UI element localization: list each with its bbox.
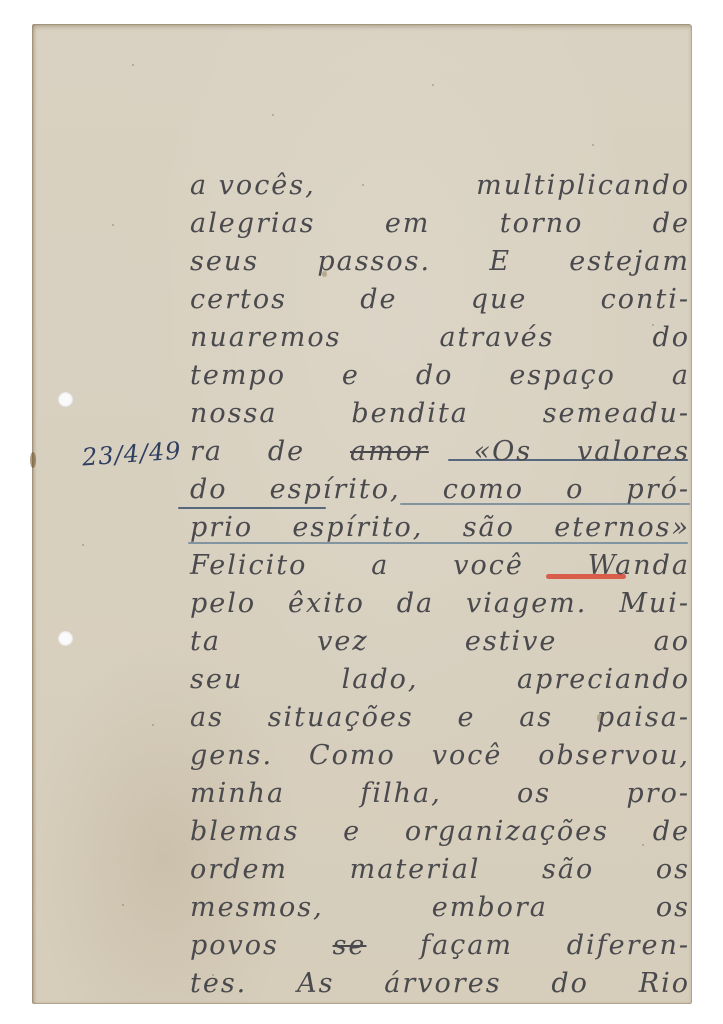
- word: vez: [317, 626, 368, 657]
- text-line: tempo e do espaço a: [190, 360, 690, 400]
- word: ao: [654, 626, 690, 657]
- paper-speck: [122, 904, 124, 906]
- word: gens.: [190, 740, 273, 771]
- word: de: [653, 816, 690, 847]
- word: embora: [432, 892, 548, 923]
- text-line: tes. As árvores do Rio: [190, 968, 690, 1008]
- quote-word: como: [443, 474, 524, 505]
- word: blemas: [190, 816, 299, 847]
- word: seu: [190, 664, 243, 695]
- text-line: as situações e as paisa-: [190, 702, 690, 742]
- text-line: gens. Como você observou,: [190, 740, 690, 780]
- word: as: [190, 702, 224, 733]
- word: pro-: [626, 778, 690, 809]
- quote-word: são: [463, 512, 515, 543]
- text-line: ordem material são os: [190, 854, 690, 894]
- text-line: seu lado, apreciando: [190, 664, 690, 704]
- punch-hole-lower: [58, 631, 73, 646]
- paper-speck: [432, 84, 434, 86]
- word: as: [519, 702, 553, 733]
- quote-word: espírito,: [292, 512, 423, 543]
- word: árvores: [384, 968, 501, 999]
- word: de: [268, 436, 305, 467]
- word: da: [397, 588, 434, 619]
- word: apreciando: [517, 664, 690, 695]
- word: estejam: [569, 246, 690, 277]
- text-line: ra de amor «Os valores: [190, 436, 690, 476]
- quote-word: espírito,: [270, 474, 401, 505]
- text-line: pelo êxito da viagem. Mui-: [190, 588, 690, 628]
- word: você: [432, 740, 503, 771]
- word: do: [652, 322, 690, 353]
- word: paisa-: [597, 702, 690, 733]
- word: Mui-: [619, 588, 690, 619]
- word: são: [542, 854, 594, 885]
- word: a vocês,: [190, 170, 316, 201]
- word: bendita: [351, 398, 469, 429]
- word: E: [489, 246, 511, 277]
- word: do: [416, 360, 454, 391]
- quote-word: prio: [190, 512, 253, 543]
- word: êxito: [288, 588, 365, 619]
- word: a: [672, 360, 690, 391]
- paper-speck: [112, 224, 114, 226]
- quote-word: do: [190, 474, 228, 505]
- word: espaço: [509, 360, 616, 391]
- word: através: [439, 322, 554, 353]
- paper-speck: [82, 544, 84, 546]
- word: multiplicando: [476, 170, 690, 201]
- word: em: [385, 208, 431, 239]
- word: minha: [190, 778, 285, 809]
- text-line: seus passos. E estejam: [190, 246, 690, 286]
- struck-word: se: [333, 930, 367, 961]
- text-line: nuaremos através do: [190, 322, 690, 362]
- ink-stain: [30, 452, 36, 468]
- text-line: ta vez estive ao: [190, 626, 690, 666]
- word: diferen-: [567, 930, 690, 961]
- text-line: minha filha, os pro-: [190, 778, 690, 818]
- word: material: [350, 854, 481, 885]
- paper-speck: [592, 144, 594, 146]
- quote-word: valores: [577, 436, 690, 467]
- quote-word: o: [566, 474, 584, 505]
- text-line: a vocês, multiplicando: [190, 170, 690, 210]
- paper-speck: [132, 64, 134, 66]
- word: seus: [190, 246, 259, 277]
- word: os: [656, 854, 690, 885]
- struck-word: amor: [350, 436, 429, 467]
- word: de: [653, 208, 690, 239]
- word: tes.: [190, 968, 247, 999]
- word: filha,: [360, 778, 441, 809]
- word: a: [371, 550, 389, 581]
- word: façam: [420, 930, 513, 961]
- word: e: [342, 360, 360, 391]
- word: de: [360, 284, 397, 315]
- word: As: [297, 968, 334, 999]
- text-line: povos se façam diferen-: [190, 930, 690, 970]
- word: ra: [190, 436, 223, 467]
- highlighted-name: Wanda: [588, 550, 690, 581]
- word: passos.: [317, 246, 431, 277]
- word: ordem: [190, 854, 288, 885]
- word: situações: [268, 702, 414, 733]
- word: Como: [309, 740, 396, 771]
- word: mesmos,: [190, 892, 324, 923]
- word: os: [517, 778, 551, 809]
- word: semeadu-: [543, 398, 690, 429]
- word: os: [656, 892, 690, 923]
- word: lado,: [342, 664, 419, 695]
- text-line: mesmos, embora os: [190, 892, 690, 932]
- quote-word: eternos»: [554, 512, 690, 543]
- word: e: [457, 702, 475, 733]
- word: nossa: [190, 398, 277, 429]
- word: Felicito: [190, 550, 307, 581]
- word: pelo: [190, 588, 256, 619]
- text-line: do espírito, como o pró-: [190, 474, 690, 514]
- word: estive: [465, 626, 558, 657]
- word: povos: [190, 930, 279, 961]
- word: observou,: [538, 740, 690, 771]
- paper-speck: [272, 114, 274, 116]
- text-line: certos de que conti-: [190, 284, 690, 324]
- quote-word: «Os: [474, 436, 533, 467]
- text-line: blemas e organizações de: [190, 816, 690, 856]
- word: ta: [190, 626, 221, 657]
- word: conti-: [601, 284, 690, 315]
- text-line: alegrias em torno de: [190, 208, 690, 248]
- word: que: [471, 284, 528, 315]
- word: viagem.: [466, 588, 587, 619]
- word: tempo: [190, 360, 286, 391]
- word: você: [453, 550, 524, 581]
- word: Rio: [639, 968, 690, 999]
- word: certos: [190, 284, 287, 315]
- word: do: [551, 968, 589, 999]
- word: e: [343, 816, 361, 847]
- text-line: nossa bendita semeadu-: [190, 398, 690, 438]
- text-line: prio espírito, são eternos»: [190, 512, 690, 552]
- word: torno: [500, 208, 584, 239]
- word: alegrias: [190, 208, 316, 239]
- word: nuaremos: [190, 322, 341, 353]
- text-line: Felicito a você Wanda: [190, 550, 690, 590]
- punch-hole-upper: [58, 392, 73, 407]
- word: organizações: [405, 816, 609, 847]
- paper-speck: [152, 724, 154, 726]
- quote-word: pró-: [626, 474, 690, 505]
